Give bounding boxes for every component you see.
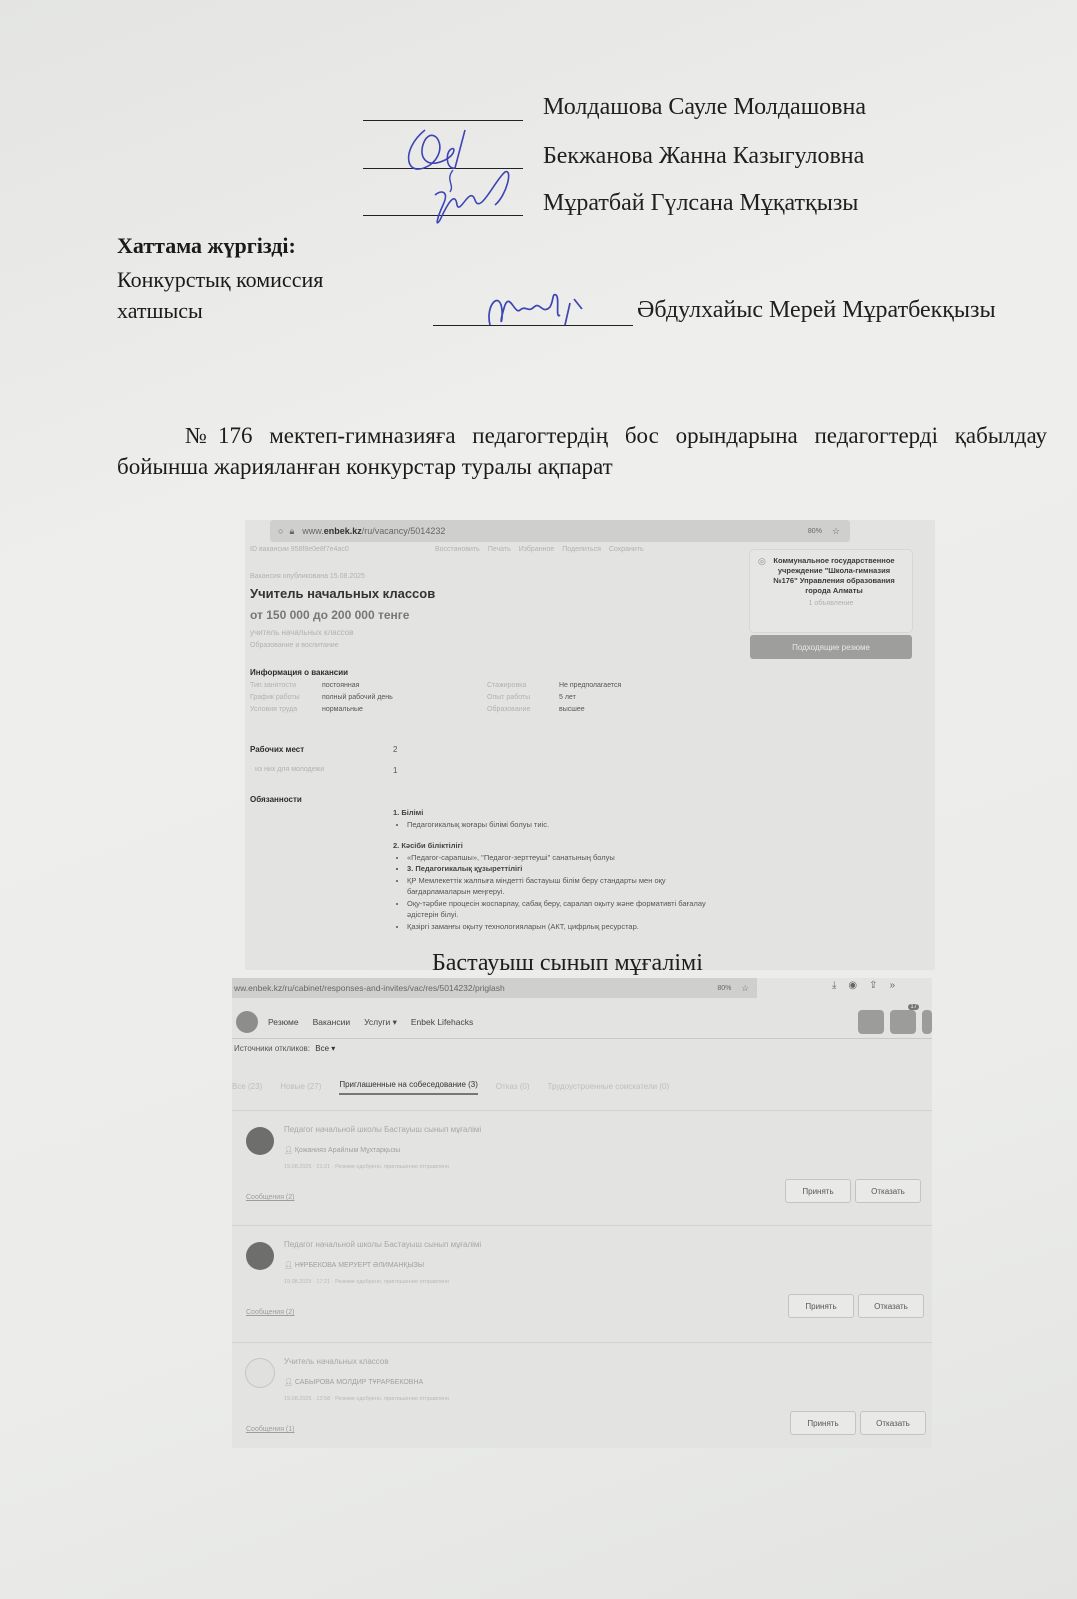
member-name-1: Молдашова Сауле Молдашовна [543, 94, 866, 121]
reject-button[interactable]: Отказать [855, 1179, 921, 1203]
vacancy-id: ID вакансии 958f8e0e8f7e4ac0 [250, 546, 349, 553]
info-label: Стажировка [487, 682, 559, 689]
candidate-status: 19.08.2025 · 21:21 · Резюме одобрено, пр… [284, 1164, 449, 1170]
secretary-role-line2: хатшысы [117, 298, 203, 324]
candidate-avatar [246, 1242, 274, 1270]
employer-ad-count: 1 объявление [750, 600, 912, 607]
info-value: 5 лет [559, 694, 669, 701]
workplaces-value: 2 [393, 745, 397, 754]
messages-link[interactable]: Сообщения (2) [246, 1194, 295, 1201]
info-label: Тип занятости [250, 682, 322, 689]
enbek-logo-icon[interactable] [236, 1011, 258, 1033]
secretary-role-line1: Конкурстық комиссия [117, 267, 323, 293]
candidate-status: 19.08.2025 · 13:58 · Резюме одобрено, пр… [284, 1396, 449, 1402]
bookmark-star-icon[interactable]: ☆ [832, 526, 840, 537]
sources-value[interactable]: Все ▾ [315, 1044, 335, 1053]
candidate-name[interactable]: 👤︎ САБЫРОВА МОЛДИР ТҰРАРБЕКОВНА [284, 1378, 423, 1386]
url-domain: enbek.kz [324, 526, 362, 536]
extension-icon[interactable]: ⇪ [869, 980, 877, 991]
section-heading: №176 мектеп-гимназияға педагогтердің бос… [117, 420, 1047, 482]
commission-signatures: Молдашова Сауле Молдашовна Бекжанова Жан… [0, 0, 1077, 340]
vacancy-salary: от 150 000 до 200 000 тенге [250, 608, 409, 622]
url-prefix: www. [302, 526, 324, 536]
caption: Бастауыш сынып мұғалімі [432, 950, 703, 977]
info-heading: Информация о вакансии [250, 668, 669, 677]
candidate-name-text: Қожанияз Арайлым Мұхтарқызы [295, 1147, 400, 1154]
tab-all[interactable]: Все (23) [232, 1082, 262, 1095]
tab-invited[interactable]: Приглашенные на собеседование (3) [339, 1080, 478, 1095]
profile-icon[interactable] [922, 1010, 932, 1034]
matching-resumes-button[interactable]: Подходящие резюме [750, 635, 912, 659]
vacancy-info-section: Информация о вакансии Тип занятости пост… [250, 668, 669, 713]
secretary-heading: Хаттама жүргізді: [117, 233, 296, 259]
duty-item: Педагогикалық жоғары білімі болуы тиіс. [407, 819, 723, 831]
overflow-icon[interactable]: » [890, 980, 896, 991]
person-icon: 👤︎ [284, 1262, 295, 1269]
secretary-signature-icon [470, 285, 600, 335]
candidate-resume-title[interactable]: Учитель начальных классов [284, 1357, 389, 1366]
candidate-avatar [246, 1127, 274, 1155]
nav-vacancies[interactable]: Вакансии [313, 1017, 350, 1027]
info-label: Опыт работы [487, 694, 559, 701]
url-path: /ru/vacancy/5014232 [362, 526, 446, 536]
restore-action[interactable]: Восстановить [435, 546, 480, 553]
info-value: постоянная [322, 682, 487, 689]
duties-section-2: 2. Кәсіби біліктілігі [393, 841, 463, 850]
notification-badge: 17 [908, 1004, 919, 1010]
vacancy-screenshot: ○ 🔒︎ www.enbek.kz/ru/vacancy/5014232 80%… [245, 520, 935, 970]
vacancy-actions: Восстановить Печать Избранное Поделиться… [435, 546, 644, 553]
candidate-name-text: НҰРБЕКОВА МЕРУЕРТ ӘЛИМАНҚЫЗЫ [295, 1262, 424, 1269]
info-value: Не предполагается [559, 682, 669, 689]
duty-item: «Педагог-сарапшы», "Педагог-зерттеуші" с… [407, 852, 723, 864]
bookmark-star-icon[interactable]: ☆ [741, 983, 749, 994]
duty-item: ҚР Мемлекеттік жалпыға міндетті бастауыш… [407, 875, 723, 898]
candidate-resume-title[interactable]: Педагог начальной школы Бастауыш сынып м… [284, 1125, 481, 1134]
sources-label: Источники откликов: [234, 1044, 310, 1053]
browser-toolbar-icons: ⤓ ◉ ⇪ » [832, 980, 895, 991]
reject-button[interactable]: Отказать [860, 1411, 926, 1435]
nav-resume[interactable]: Резюме [268, 1017, 299, 1027]
url-text: ww.enbek.kz/ru/cabinet/responses-and-inv… [234, 983, 505, 993]
candidate-card: Учитель начальных классов 👤︎ САБЫРОВА МО… [232, 1342, 932, 1453]
tab-new[interactable]: Новые (27) [280, 1082, 321, 1095]
response-sources-filter[interactable]: Источники откликов: Все ▾ [234, 1044, 335, 1053]
print-action[interactable]: Печать [488, 546, 511, 553]
info-value: высшее [559, 706, 669, 713]
tab-rejected[interactable]: Отказ (0) [496, 1082, 530, 1095]
responses-screenshot: ww.enbek.kz/ru/cabinet/responses-and-inv… [232, 978, 932, 1448]
employer-card[interactable]: ◎ Коммунальное государственное учреждени… [750, 550, 912, 632]
handwritten-signature-icon [395, 110, 525, 230]
browser-url-bar[interactable]: ○ 🔒︎ www.enbek.kz/ru/vacancy/5014232 80%… [270, 520, 850, 542]
duties-content: 1. Білімі Педагогикалық жоғары білімі бо… [393, 807, 723, 932]
candidate-name[interactable]: 👤︎ НҰРБЕКОВА МЕРУЕРТ ӘЛИМАНҚЫЗЫ [284, 1261, 424, 1269]
vacancy-profession: учитель начальных классов [250, 628, 353, 637]
site-nav: Резюме Вакансии Услуги ▾ Enbek Lifehacks… [232, 1006, 932, 1039]
messages-link[interactable]: Сообщения (1) [246, 1426, 295, 1433]
browser-url-bar[interactable]: ww.enbek.kz/ru/cabinet/responses-and-inv… [232, 978, 757, 998]
info-label: График работы [250, 694, 322, 701]
candidate-status: 19.08.2025 · 17:21 · Резюме одобрено, пр… [284, 1279, 449, 1285]
secretary-name: Әбдулхайыс Мерей Мұратбекқызы [637, 297, 996, 324]
responses-tabs: Все (23) Новые (27) Приглашенные на собе… [232, 1073, 932, 1095]
accessibility-icon[interactable] [858, 1010, 884, 1034]
share-action[interactable]: Поделиться [562, 546, 601, 553]
info-value: полный рабочий день [322, 694, 487, 701]
save-action[interactable]: Сохранить [609, 546, 644, 553]
candidate-avatar-placeholder [246, 1359, 274, 1387]
favorite-action[interactable]: Избранное [519, 546, 554, 553]
verified-icon: ◎ [758, 556, 766, 567]
member-name-2: Бекжанова Жанна Казыгуловна [543, 143, 864, 170]
zoom-level[interactable]: 80% [808, 528, 822, 535]
vacancy-title: Учитель начальных классов [250, 586, 435, 601]
candidate-resume-title[interactable]: Педагог начальной школы Бастауыш сынып м… [284, 1240, 481, 1249]
accept-button[interactable]: Принять [788, 1294, 854, 1318]
accept-button[interactable]: Принять [785, 1179, 851, 1203]
info-label: Образование [487, 706, 559, 713]
shield-icon: ○ [278, 526, 283, 536]
duty-item: 3. Педагогикалық құзыреттілігі [407, 863, 723, 875]
vacancy-sphere: Образование и воспитание [250, 642, 339, 649]
reject-button[interactable]: Отказать [858, 1294, 924, 1318]
lock-icon: 🔒︎ [289, 526, 294, 537]
duty-item: Қазіргі заманғы оқыту технологияларын (А… [407, 921, 723, 933]
duties-label: Обязанности [250, 795, 302, 804]
chat-icon[interactable]: 17 [890, 1010, 916, 1034]
person-icon: 👤︎ [284, 1379, 295, 1386]
member-name-3: Мұратбай Гүлсана Мұқатқызы [543, 190, 858, 217]
person-icon: 👤︎ [284, 1147, 295, 1154]
candidate-card: Педагог начальной школы Бастауыш сынып м… [232, 1225, 932, 1336]
download-icon[interactable]: ⤓ [832, 980, 836, 991]
candidate-name[interactable]: 👤︎ Қожанияз Арайлым Мұхтарқызы [284, 1146, 400, 1154]
nav-services[interactable]: Услуги ▾ [364, 1017, 397, 1028]
workplaces-label: Рабочих мест [250, 745, 304, 754]
published-date: Вакансия опубликована 15.08.2025 [250, 573, 365, 580]
reserved-label: из них для молодежи [255, 766, 324, 773]
reserved-value: 1 [393, 766, 397, 775]
zoom-level[interactable]: 80% [717, 985, 731, 992]
accept-button[interactable]: Принять [790, 1411, 856, 1435]
duty-item: Оқу-тәрбие процесін жоспарлау, сабақ бер… [407, 898, 723, 921]
candidate-name-text: САБЫРОВА МОЛДИР ТҰРАРБЕКОВНА [295, 1379, 423, 1386]
candidate-card: Педагог начальной школы Бастауыш сынып м… [232, 1110, 932, 1221]
info-label: Условия труда [250, 706, 322, 713]
duties-section-1: 1. Білімі [393, 808, 423, 817]
account-icon[interactable]: ◉ [848, 980, 857, 991]
tab-employed[interactable]: Трудоустроенные соискатели (0) [548, 1082, 670, 1095]
info-value: нормальные [322, 706, 487, 713]
employer-name[interactable]: Коммунальное государственное учреждение … [750, 550, 912, 596]
nav-lifehacks[interactable]: Enbek Lifehacks [411, 1017, 473, 1027]
messages-link[interactable]: Сообщения (2) [246, 1309, 295, 1316]
